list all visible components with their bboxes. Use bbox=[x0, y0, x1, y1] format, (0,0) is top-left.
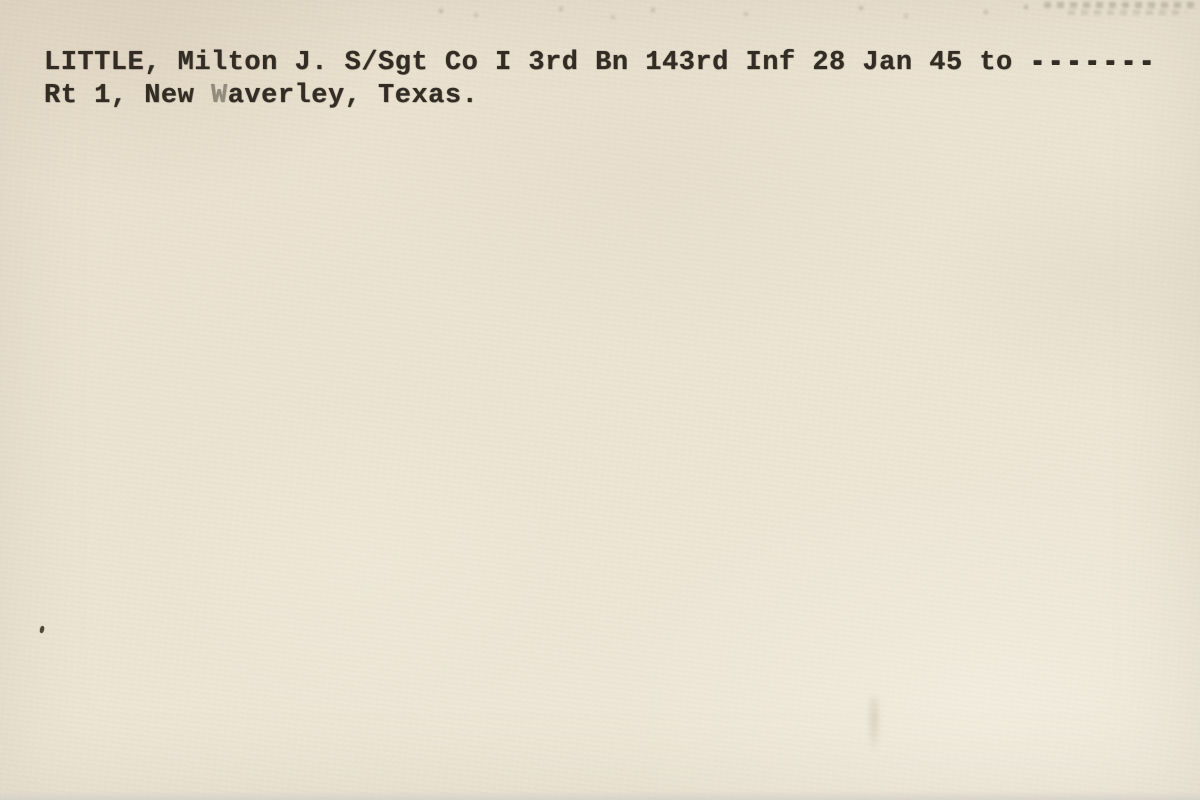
typewritten-text-block: LITTLE, Milton J. S/Sgt Co I 3rd Bn 143r… bbox=[44, 47, 1157, 113]
card-line-address: Rt 1, New Waverley, Texas. bbox=[44, 80, 1157, 113]
index-card: LITTLE, Milton J. S/Sgt Co I 3rd Bn 143r… bbox=[0, 0, 1200, 800]
address-text-start: Rt 1, New bbox=[44, 81, 211, 111]
bleedthrough-text-fragment bbox=[1068, 10, 1186, 15]
smudge-mark bbox=[867, 696, 881, 754]
card-line-service-record: LITTLE, Milton J. S/Sgt Co I 3rd Bn 143r… bbox=[44, 47, 1157, 80]
paper-texture bbox=[0, 0, 1200, 800]
bleedthrough-specks bbox=[0, 0, 2, 2]
ink-speck bbox=[39, 626, 45, 634]
service-record-text: LITTLE, Milton J. S/Sgt Co I 3rd Bn 143r… bbox=[44, 48, 1029, 78]
bleedthrough-text-fragment bbox=[1044, 2, 1194, 8]
address-text-end: averley, Texas. bbox=[228, 81, 479, 111]
card-bottom-edge bbox=[0, 791, 1200, 800]
struck-dashes: ------- bbox=[1029, 48, 1156, 78]
faint-struck-letter: W bbox=[211, 81, 228, 111]
